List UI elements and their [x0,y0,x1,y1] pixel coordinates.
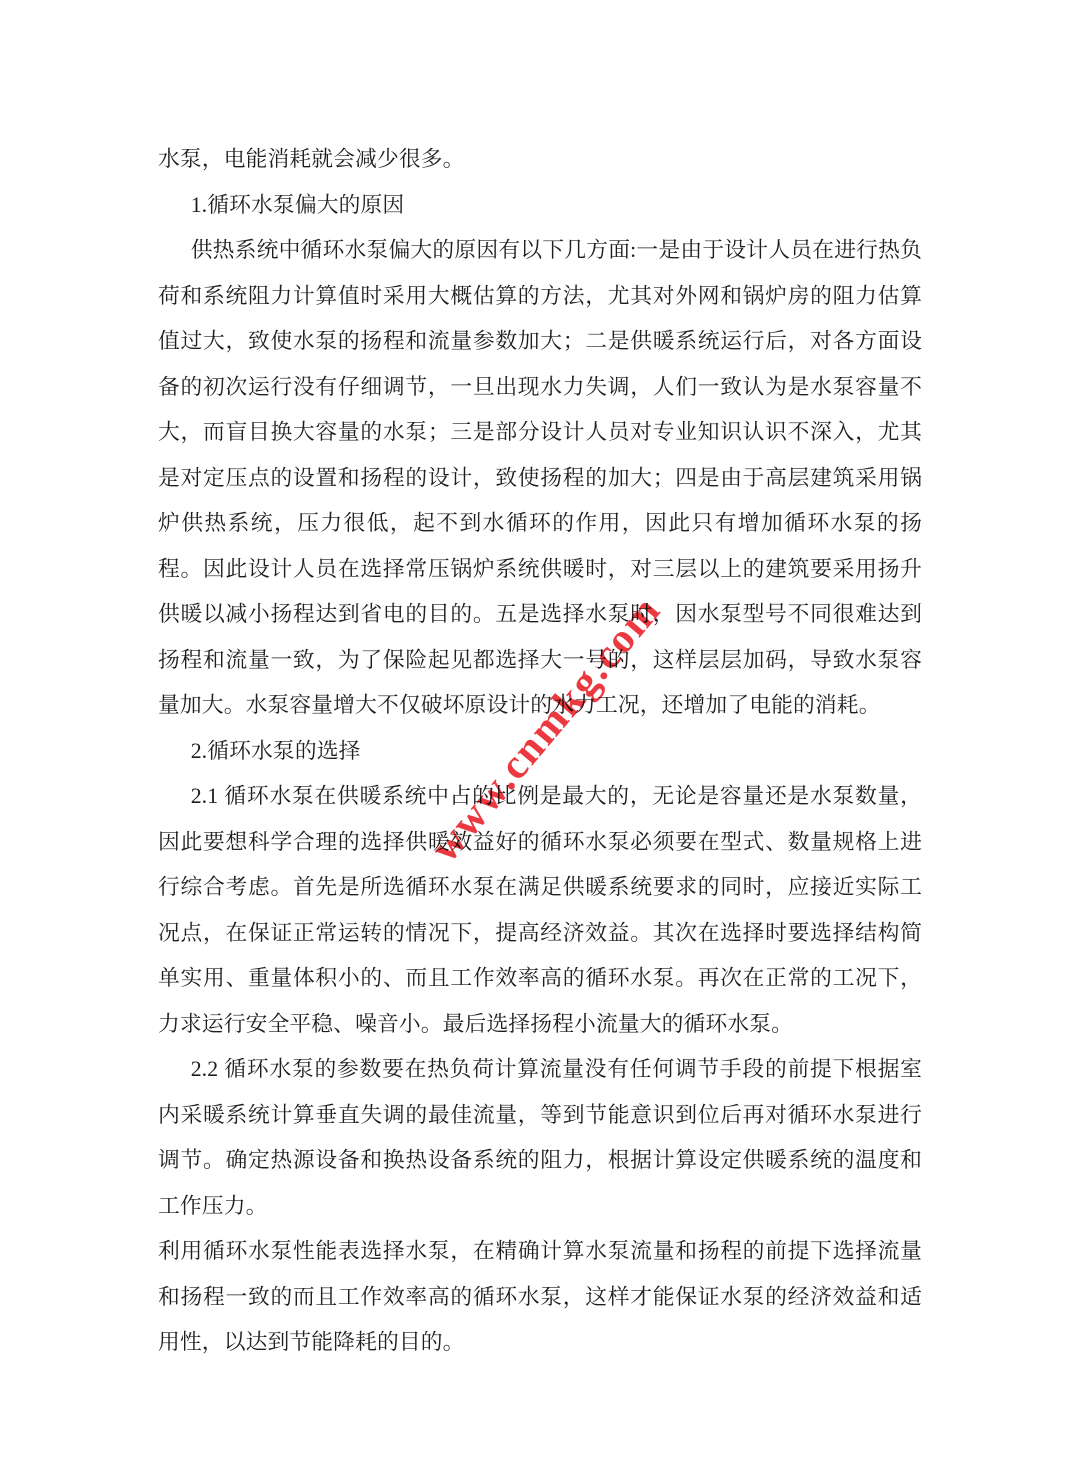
paragraph: 2.循环水泵的选择 [158,729,922,775]
paragraph: 2.1 循环水泵在供暖系统中占的比例是最大的，无论是容量还是水泵数量，因此要想科… [158,774,922,1047]
document-page: 水泵，电能消耗就会减少很多。1.循环水泵偏大的原因供热系统中循环水泵偏大的原因有… [0,0,1072,1458]
paragraph: 1.循环水泵偏大的原因 [158,183,922,229]
paragraph: 利用循环水泵性能表选择水泵，在精确计算水泵流量和扬程的前提下选择流量和扬程一致的… [158,1229,922,1366]
document-body: 水泵，电能消耗就会减少很多。1.循环水泵偏大的原因供热系统中循环水泵偏大的原因有… [158,137,922,1366]
paragraph: 供热系统中循环水泵偏大的原因有以下几方面:一是由于设计人员在进行热负荷和系统阻力… [158,228,922,729]
paragraph: 2.2 循环水泵的参数要在热负荷计算流量没有任何调节手段的前提下根据室内采暖系统… [158,1047,922,1229]
paragraph: 水泵，电能消耗就会减少很多。 [158,137,922,183]
